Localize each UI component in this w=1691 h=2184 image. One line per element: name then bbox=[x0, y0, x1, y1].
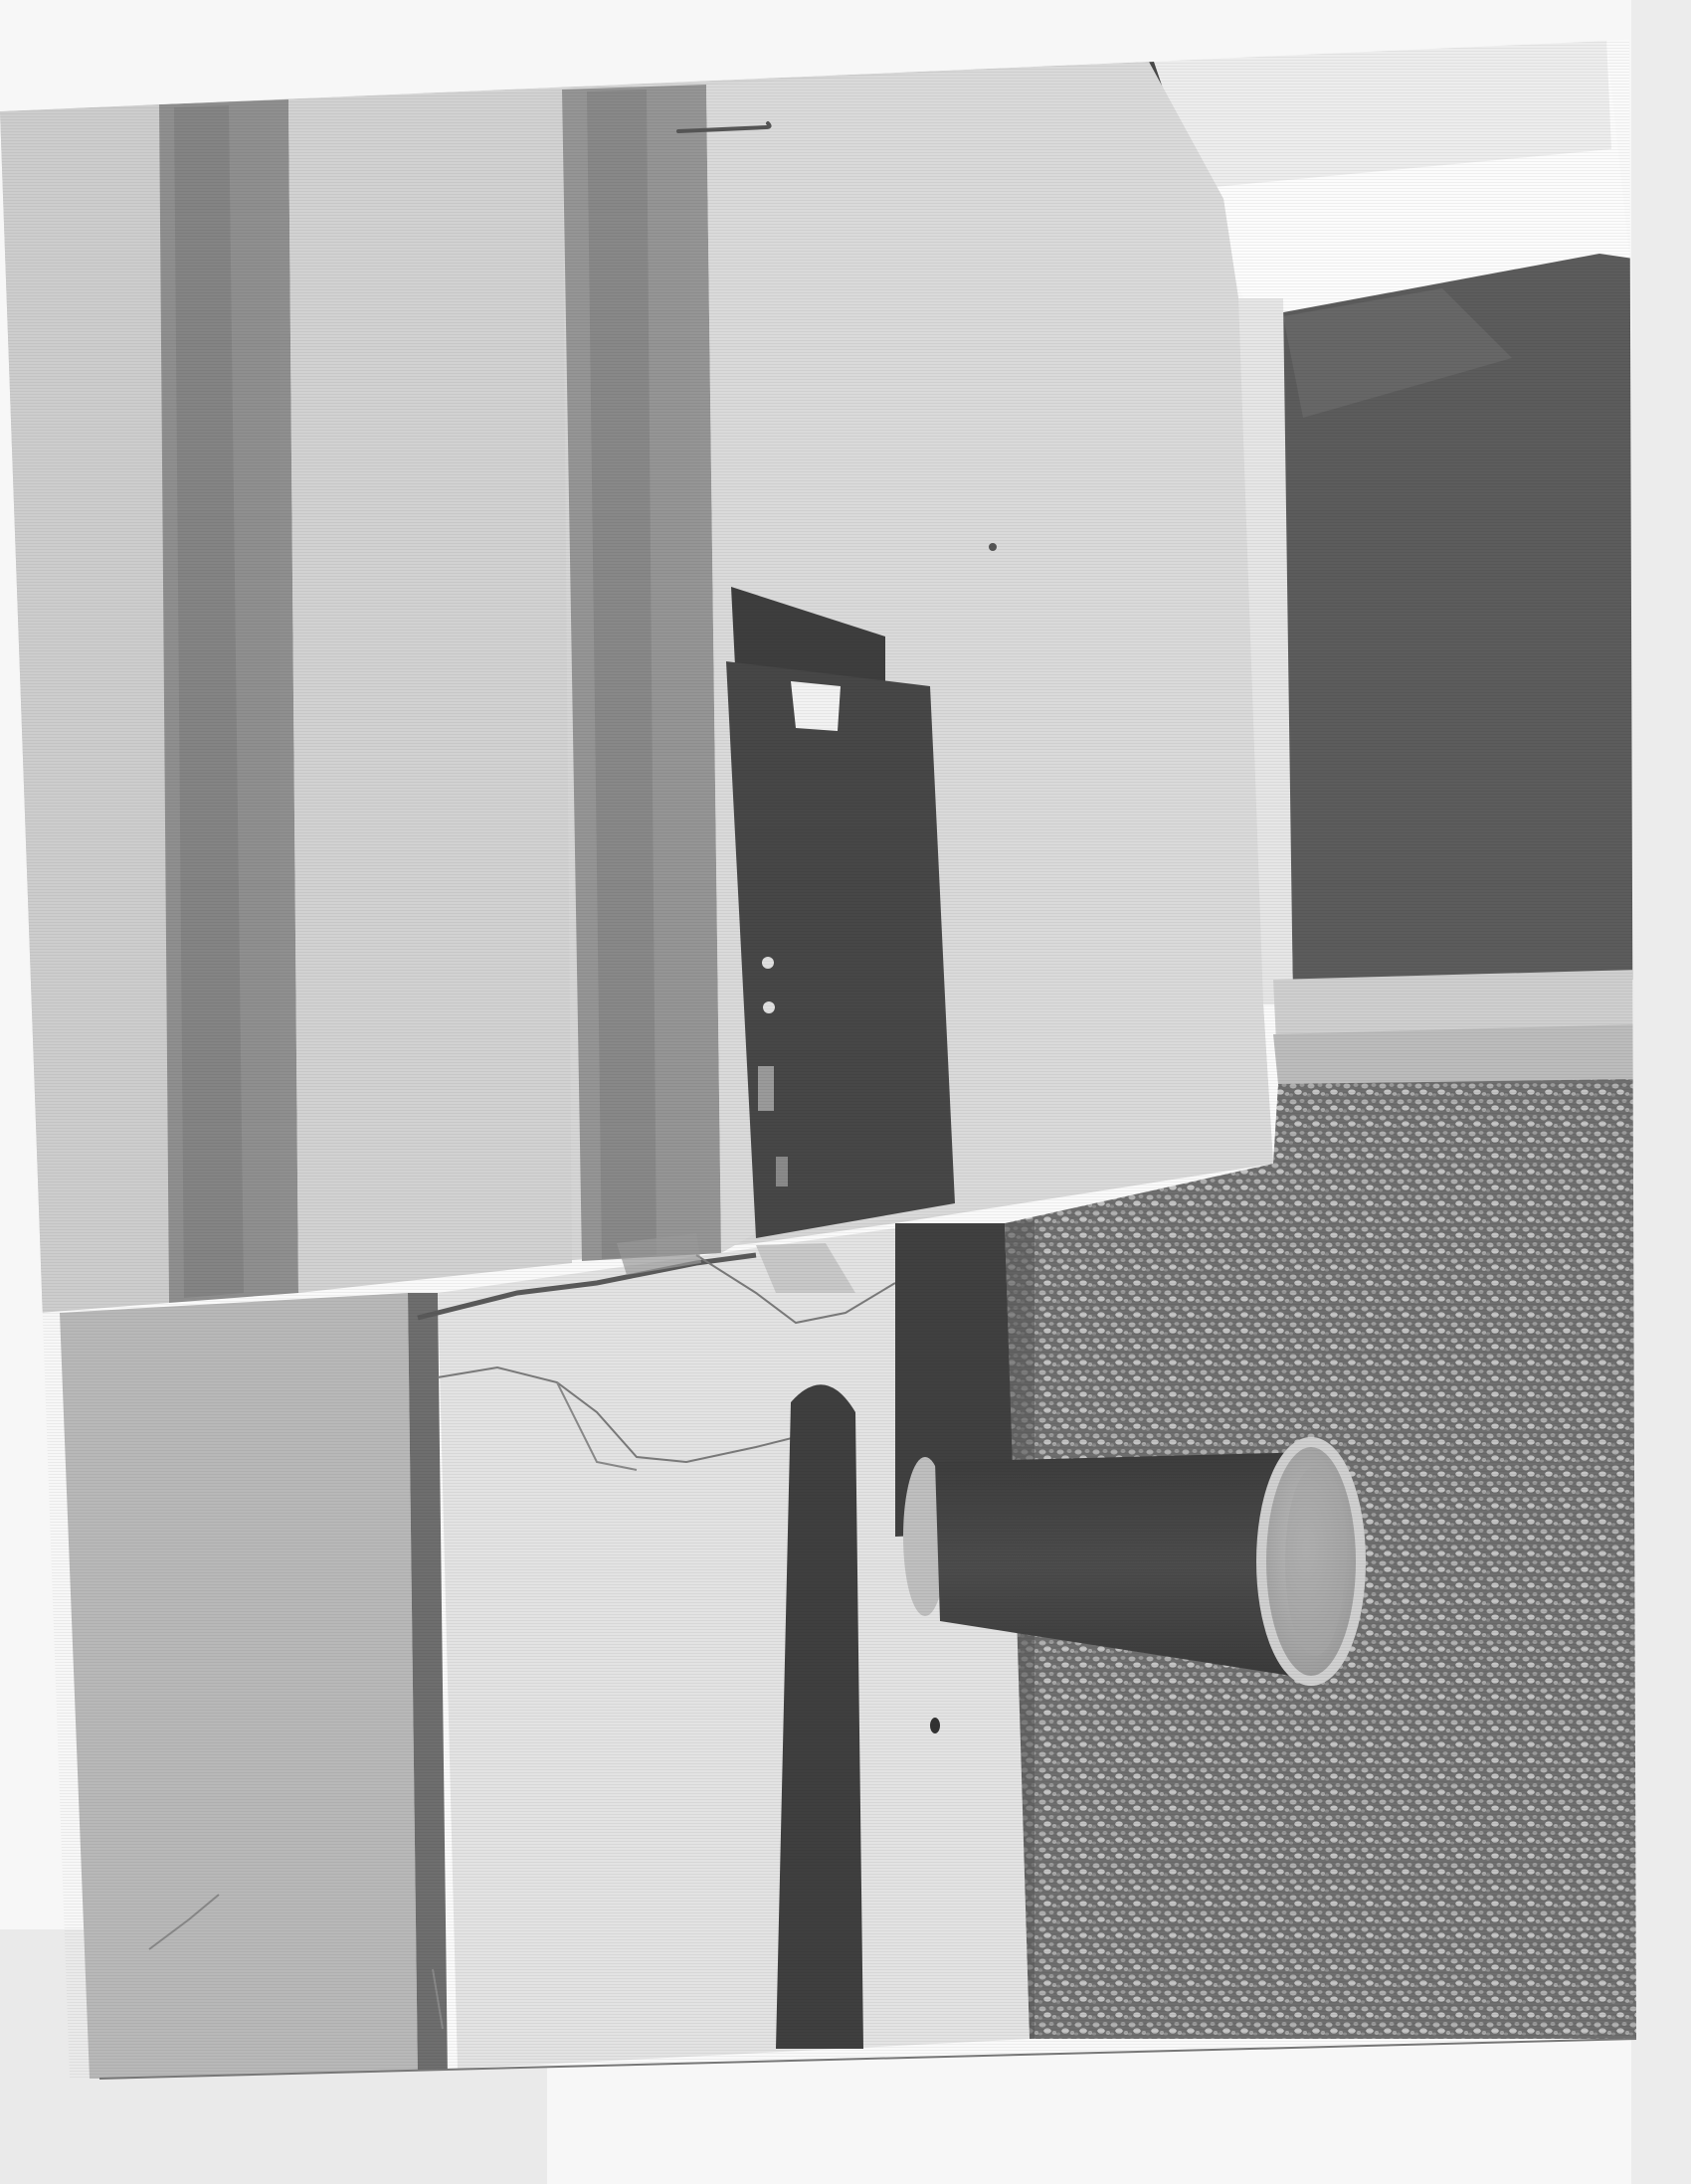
photograph bbox=[0, 0, 1691, 2184]
